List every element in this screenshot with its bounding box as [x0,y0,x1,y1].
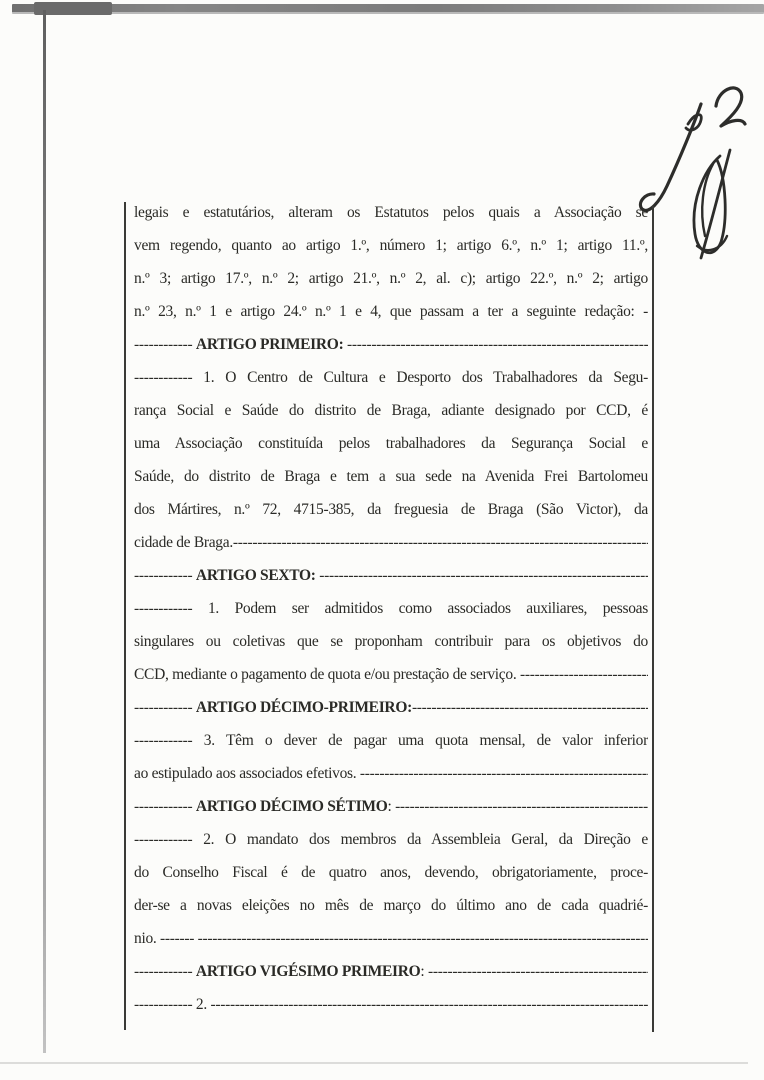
document-line: singulares ou coletivas que se proponham… [134,625,648,658]
document-line: ------------ 1. Podem ser admitidos como… [134,592,648,625]
document-text: : [420,963,428,980]
document-text: ao estipulado aos associados efetivos. [134,765,360,782]
document-line: der-se a novas eleições no mês de março … [134,889,648,922]
article-heading: ARTIGO DÉCIMO-PRIMEIRO: [196,699,412,716]
document-text: rança Social e Saúde do distrito de Brag… [134,402,648,419]
document-text: ------------ [134,699,196,716]
text-column-rule-right [652,206,654,1032]
document-line: ------------ ARTIGO PRIMEIRO: ----------… [134,328,648,361]
scan-top-edge-artifact [12,4,764,14]
document-text: ------------ [134,567,196,584]
dash-leader: ----------------------------------------… [211,996,648,1013]
document-text: : [387,798,395,815]
dash-leader: ----------------------------------------… [428,963,648,980]
document-line: Saúde, do distrito de Braga e tem a sua … [134,460,648,493]
document-line: ------------ 2. ------------------------… [134,988,648,1021]
document-text: ------------ [134,798,196,815]
document-line: uma Associação constituída pelos trabalh… [134,427,648,460]
scanned-document-page: legais e estatutários, alteram os Estatu… [0,0,764,1080]
document-text: legais e estatutários, alteram os Estatu… [134,204,648,221]
document-text: Saúde, do distrito de Braga e tem a sua … [134,468,648,485]
scan-bottom-edge-shadow [0,1062,748,1064]
document-text: ------------ [134,963,196,980]
scan-left-fold-line [43,10,46,1053]
document-line: ------------ 3. Têm o dever de pagar uma… [134,724,648,757]
dash-leader: ----------------------------------------… [520,666,648,683]
dash-leader: ----------------------------------------… [198,930,648,947]
document-text: ------------ 3. Têm o dever de pagar uma… [134,732,648,749]
document-text: n.º 3; artigo 17.º, n.º 2; artigo 21.º, … [134,270,648,287]
document-line: cidade de Braga.------------------------… [134,526,648,559]
article-heading: ARTIGO DÉCIMO SÉTIMO [196,798,388,815]
document-text: ------------ [134,336,196,353]
document-text: do Conselho Fiscal é de quatro anos, dev… [134,864,648,881]
document-line: ------------ ARTIGO DÉCIMO SÉTIMO: -----… [134,790,648,823]
article-heading: ARTIGO PRIMEIRO: [196,336,344,353]
document-line: dos Mártires, n.º 72, 4715-385, da fregu… [134,493,648,526]
dash-leader: ----------------------------------------… [233,534,648,551]
document-text-block: legais e estatutários, alteram os Estatu… [134,196,648,1021]
document-text: dos Mártires, n.º 72, 4715-385, da fregu… [134,501,648,518]
document-line: rança Social e Saúde do distrito de Brag… [134,394,648,427]
document-line: ao estipulado aos associados efetivos. -… [134,757,648,790]
document-text: uma Associação constituída pelos trabalh… [134,435,648,452]
document-text: vem regendo, quanto ao artigo 1.º, númer… [134,237,648,254]
document-text: der-se a novas eleições no mês de março … [134,897,648,914]
document-line: CCD, mediante o pagamento de quota e/ou … [134,658,648,691]
document-line: n.º 23, n.º 1 e artigo 24.º n.º 1 e 4, q… [134,295,648,328]
dash-leader: ----------------------------------------… [347,336,648,353]
document-text: cidade de Braga. [134,534,233,551]
document-text: nio. ------- [134,930,198,947]
document-line: ------------ ARTIGO SEXTO: -------------… [134,559,648,592]
document-line: vem regendo, quanto ao artigo 1.º, númer… [134,229,648,262]
document-text: ------------ 2. [134,996,211,1013]
document-line: ------------ ARTIGO VIGÉSIMO PRIMEIRO: -… [134,955,648,988]
article-heading: ARTIGO SEXTO: [196,567,316,584]
document-line: legais e estatutários, alteram os Estatu… [134,196,648,229]
document-text: ------------ 2. O mandato dos membros da… [134,831,648,848]
document-line: ------------ 2. O mandato dos membros da… [134,823,648,856]
document-line: do Conselho Fiscal é de quatro anos, dev… [134,856,648,889]
dash-leader: ----------------------------------------… [319,567,648,584]
document-text: ------------ 1. Podem ser admitidos como… [134,600,648,617]
document-line: nio. ------- ---------------------------… [134,922,648,955]
document-line: ------------ 1. O Centro de Cultura e De… [134,361,648,394]
document-text: singulares ou coletivas que se proponham… [134,633,648,650]
document-line: n.º 3; artigo 17.º, n.º 2; artigo 21.º, … [134,262,648,295]
article-heading: ARTIGO VIGÉSIMO PRIMEIRO [196,963,421,980]
document-text: n.º 23, n.º 1 e artigo 24.º n.º 1 e 4, q… [134,303,648,320]
dash-leader: ----------------------------------------… [360,765,648,782]
dash-leader: ----------------------------------------… [412,699,648,716]
dash-leader: ----------------------------------------… [395,798,648,815]
text-column-rule-left [124,202,126,1030]
handwritten-initials [676,148,760,272]
document-text: CCD, mediante o pagamento de quota e/ou … [134,666,520,683]
document-text: ------------ 1. O Centro de Cultura e De… [134,369,648,386]
document-line: ------------ ARTIGO DÉCIMO-PRIMEIRO:----… [134,691,648,724]
